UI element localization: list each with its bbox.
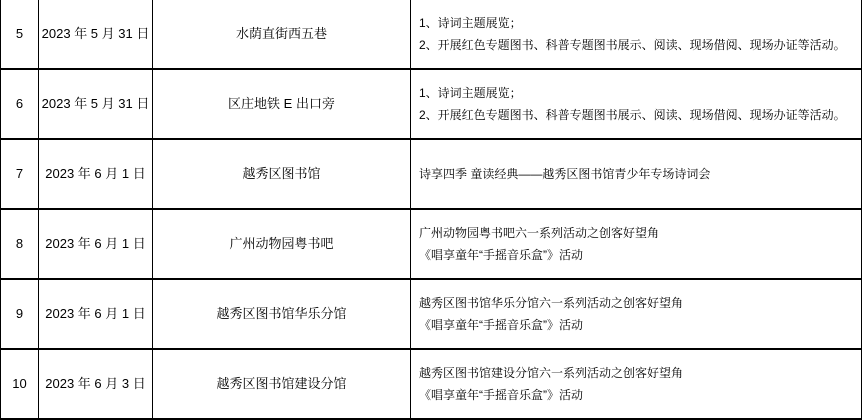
row-date-cell: 2023 年 5 月 31 日: [39, 70, 153, 138]
row-index-cell: 6: [1, 70, 39, 138]
row-index-cell: 7: [1, 140, 39, 208]
row-location-cell: 越秀区图书馆: [153, 140, 411, 208]
description-line: 2、开展红色专题图书、科普专题图书展示、阅读、现场借阅、现场办证等活动。: [419, 34, 846, 56]
row-index-cell: 10: [1, 350, 39, 418]
row-index-cell: 5: [1, 0, 39, 68]
table-row: 10 2023 年 6 月 3 日 越秀区图书馆建设分馆 越秀区图书馆建设分馆六…: [1, 350, 861, 420]
row-location-cell: 越秀区图书馆建设分馆: [153, 350, 411, 418]
row-description-cell: 广州动物园粤书吧六一系列活动之创客好望角 《唱享童年“手摇音乐盒”》活动: [411, 210, 861, 278]
row-location-cell: 越秀区图书馆华乐分馆: [153, 280, 411, 348]
row-date-cell: 2023 年 5 月 31 日: [39, 0, 153, 68]
description-line: 广州动物园粤书吧六一系列活动之创客好望角: [419, 222, 659, 244]
description-line: 2、开展红色专题图书、科普专题图书展示、阅读、现场借阅、现场办证等活动。: [419, 104, 846, 126]
row-date-cell: 2023 年 6 月 3 日: [39, 350, 153, 418]
row-date-cell: 2023 年 6 月 1 日: [39, 140, 153, 208]
description-line: 越秀区图书馆华乐分馆六一系列活动之创客好望角: [419, 292, 683, 314]
table-row: 9 2023 年 6 月 1 日 越秀区图书馆华乐分馆 越秀区图书馆华乐分馆六一…: [1, 280, 861, 350]
row-index-cell: 9: [1, 280, 39, 348]
row-description-cell: 1、诗词主题展览； 2、开展红色专题图书、科普专题图书展示、阅读、现场借阅、现场…: [411, 70, 861, 138]
description-line: 1、诗词主题展览；: [419, 82, 522, 104]
row-location-cell: 广州动物园粤书吧: [153, 210, 411, 278]
row-date-cell: 2023 年 6 月 1 日: [39, 210, 153, 278]
row-location-cell: 区庄地铁 E 出口旁: [153, 70, 411, 138]
description-line: 诗享四季 童读经典——越秀区图书馆青少年专场诗词会: [419, 163, 710, 185]
description-line: 越秀区图书馆建设分馆六一系列活动之创客好望角: [419, 362, 683, 384]
description-line: 《唱享童年“手摇音乐盒”》活动: [419, 244, 583, 266]
row-location-cell: 水荫直街西五巷: [153, 0, 411, 68]
row-description-cell: 诗享四季 童读经典——越秀区图书馆青少年专场诗词会: [411, 140, 861, 208]
description-line: 《唱享童年“手摇音乐盒”》活动: [419, 384, 583, 406]
row-description-cell: 越秀区图书馆建设分馆六一系列活动之创客好望角 《唱享童年“手摇音乐盒”》活动: [411, 350, 861, 418]
row-index-cell: 8: [1, 210, 39, 278]
table-row: 6 2023 年 5 月 31 日 区庄地铁 E 出口旁 1、诗词主题展览； 2…: [1, 70, 861, 140]
description-line: 1、诗词主题展览；: [419, 12, 522, 34]
row-description-cell: 越秀区图书馆华乐分馆六一系列活动之创客好望角 《唱享童年“手摇音乐盒”》活动: [411, 280, 861, 348]
row-description-cell: 1、诗词主题展览； 2、开展红色专题图书、科普专题图书展示、阅读、现场借阅、现场…: [411, 0, 861, 68]
table-row: 5 2023 年 5 月 31 日 水荫直街西五巷 1、诗词主题展览； 2、开展…: [1, 0, 861, 70]
activities-table: 5 2023 年 5 月 31 日 水荫直街西五巷 1、诗词主题展览； 2、开展…: [0, 0, 862, 420]
table-row: 7 2023 年 6 月 1 日 越秀区图书馆 诗享四季 童读经典——越秀区图书…: [1, 140, 861, 210]
description-line: 《唱享童年“手摇音乐盒”》活动: [419, 314, 583, 336]
row-date-cell: 2023 年 6 月 1 日: [39, 280, 153, 348]
table-row: 8 2023 年 6 月 1 日 广州动物园粤书吧 广州动物园粤书吧六一系列活动…: [1, 210, 861, 280]
